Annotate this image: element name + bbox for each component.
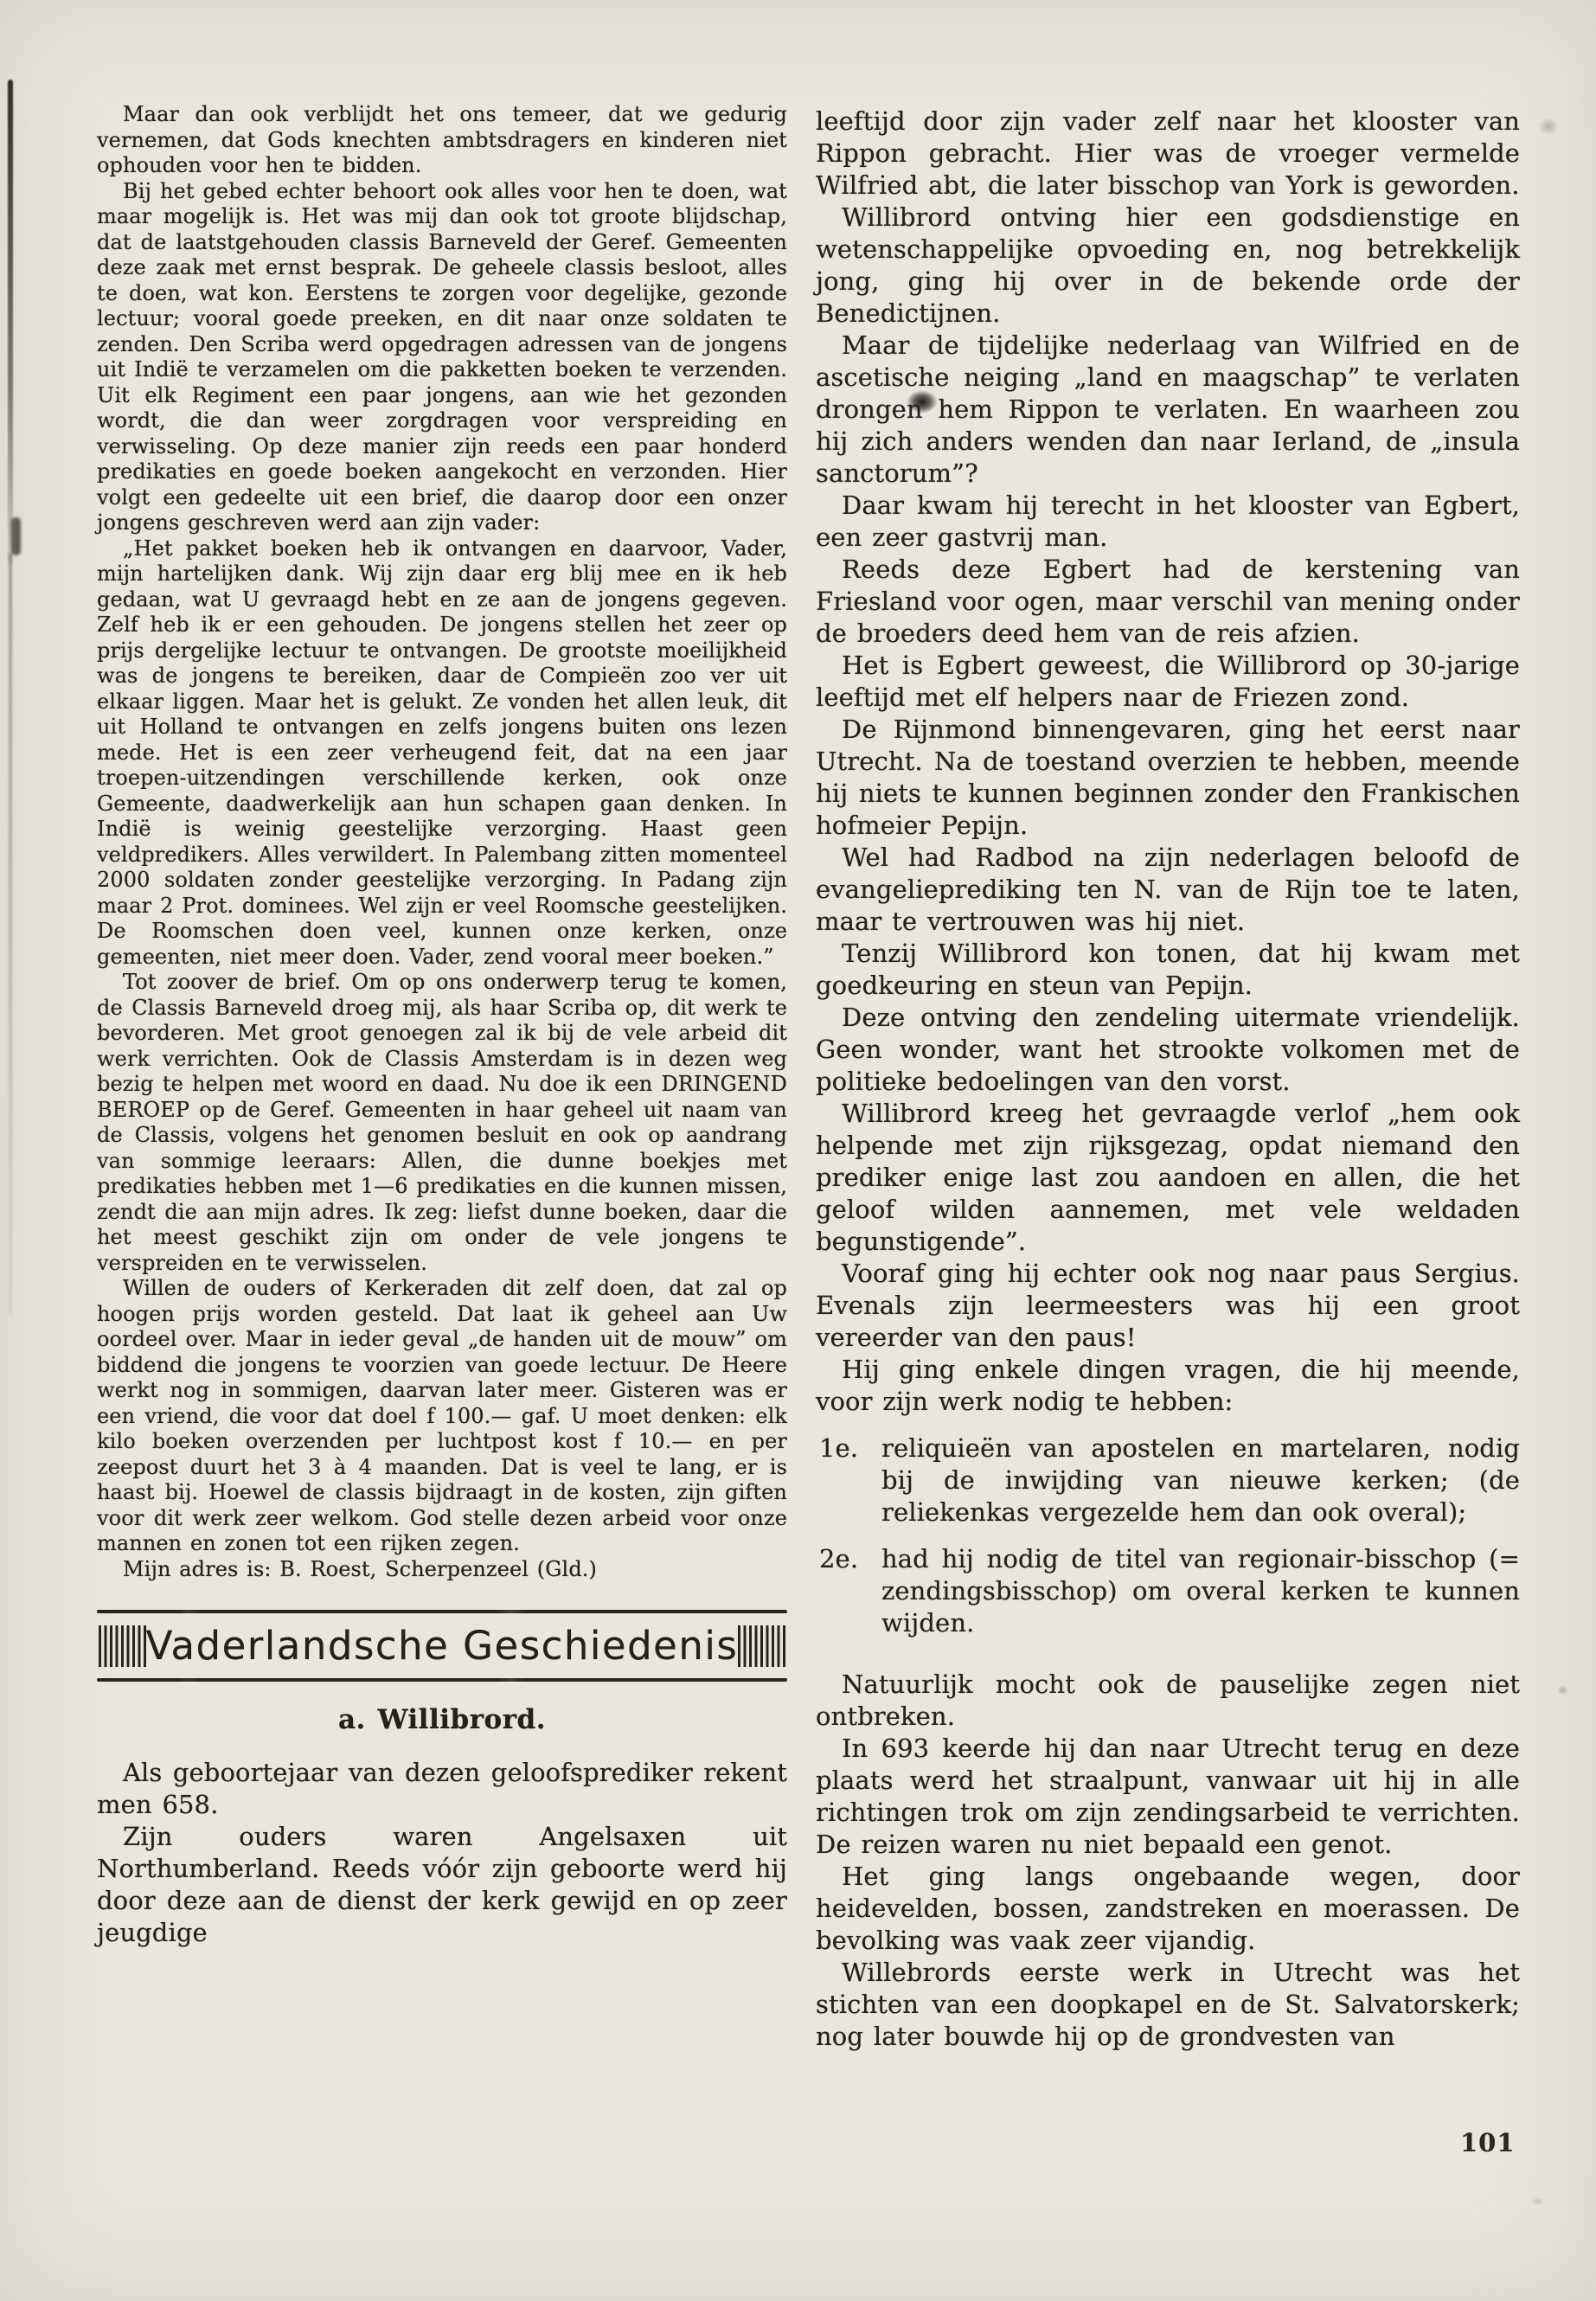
hatch-ornament-left	[99, 1625, 146, 1667]
scanned-magazine-page: Maar dan ook verblijdt het ons temeer, d…	[0, 0, 1596, 2301]
paragraph-continuation: leeftijd door zijn vader zelf naar het k…	[816, 106, 1520, 202]
paragraph: In 693 keerde hij dan naar Utrecht terug…	[816, 1733, 1520, 1861]
paragraph: Wel had Radbod na zijn nederlagen beloof…	[816, 842, 1520, 938]
paragraph: Als geboortejaar van dezen geloofspredik…	[97, 1757, 787, 1821]
paragraph: Willibrord kreeg het gevraagde verlof „h…	[816, 1098, 1520, 1258]
paragraph: Natuurlijk mocht ook de pauselijke zegen…	[816, 1669, 1520, 1733]
scan-artifact-edge-dash	[11, 517, 21, 555]
paragraph: Maar de tijdelijke nederlaag van Wilfrie…	[816, 330, 1520, 490]
right-column: leeftijd door zijn vader zelf naar het k…	[816, 106, 1520, 2053]
section-banner: Vaderlandsche Geschiedenis	[97, 1610, 787, 1682]
list-spacer	[816, 1654, 1520, 1669]
paragraph-author-address: Mijn adres is: B. Roest, Scherpenzeel (G…	[97, 1557, 787, 1583]
paragraph: Maar dan ook verblijdt het ons temeer, d…	[97, 102, 787, 179]
numbered-list-item: 1e. reliquieën van apostelen en martelar…	[816, 1433, 1520, 1529]
subsection-title: a. Willibrord.	[97, 1704, 787, 1736]
banner-rule-bottom	[97, 1678, 787, 1682]
scan-artifact-gray-dot-mid	[1557, 1685, 1568, 1695]
paragraph: Willebrords eerste werk in Utrecht was h…	[816, 1957, 1520, 2053]
paragraph: Hij ging enkele dingen vragen, die hij m…	[816, 1354, 1520, 1418]
scan-artifact-edge-streak	[8, 80, 13, 564]
paragraph: De Rijnmond binnengevaren, ging het eers…	[816, 714, 1520, 842]
paragraph: Vooraf ging hij echter ook nog naar paus…	[816, 1258, 1520, 1354]
paragraph: Het ging langs ongebaande wegen, door he…	[816, 1861, 1520, 1957]
page-number: 101	[1460, 2128, 1516, 2157]
paragraph: Daar kwam hij terecht in het klooster va…	[816, 490, 1520, 554]
paragraph: Willibrord ontving hier een godsdienstig…	[816, 202, 1520, 330]
left-column: Maar dan ook verblijdt het ons temeer, d…	[97, 102, 787, 1949]
hatch-ornament-right	[738, 1625, 785, 1667]
paragraph: Tot zoover de brief. Om op ons onderwerp…	[97, 970, 787, 1276]
paragraph: Reeds deze Egbert had de kerstening van …	[816, 554, 1520, 650]
numbered-list-item: 2e. had hij nodig de titel van regionair…	[816, 1543, 1520, 1639]
scan-artifact-gray-dot-low	[1531, 2197, 1545, 2206]
list-item-marker: 1e.	[819, 1433, 858, 1465]
scan-artifact-edge-streak-lower	[9, 554, 12, 1315]
paragraph: Zijn ouders waren Angelsaxen uit Northum…	[97, 1821, 787, 1949]
list-item-text: reliquieën van apostelen en martelaren, …	[881, 1433, 1520, 1527]
paragraph: Tenzij Willibrord kon tonen, dat hij kwa…	[816, 938, 1520, 1002]
banner-row: Vaderlandsche Geschiedenis	[97, 1613, 787, 1678]
list-item-marker: 2e.	[819, 1543, 858, 1575]
list-item-text: had hij nodig de titel van regionair-bis…	[881, 1544, 1520, 1638]
paragraph: Willen de ouders of Kerkeraden dit zelf …	[97, 1276, 787, 1557]
paragraph: Deze ontving den zendeling uitermate vri…	[816, 1002, 1520, 1098]
paragraph: Het is Egbert geweest, die Willibrord op…	[816, 650, 1520, 714]
section-title: Vaderlandsche Geschiedenis	[146, 1623, 739, 1669]
paragraph: „Het pakket boeken heb ik ontvangen en d…	[97, 536, 787, 971]
scan-artifact-gray-dot-top	[1538, 118, 1559, 135]
paragraph: Bij het gebed echter behoort ook alles v…	[97, 179, 787, 536]
